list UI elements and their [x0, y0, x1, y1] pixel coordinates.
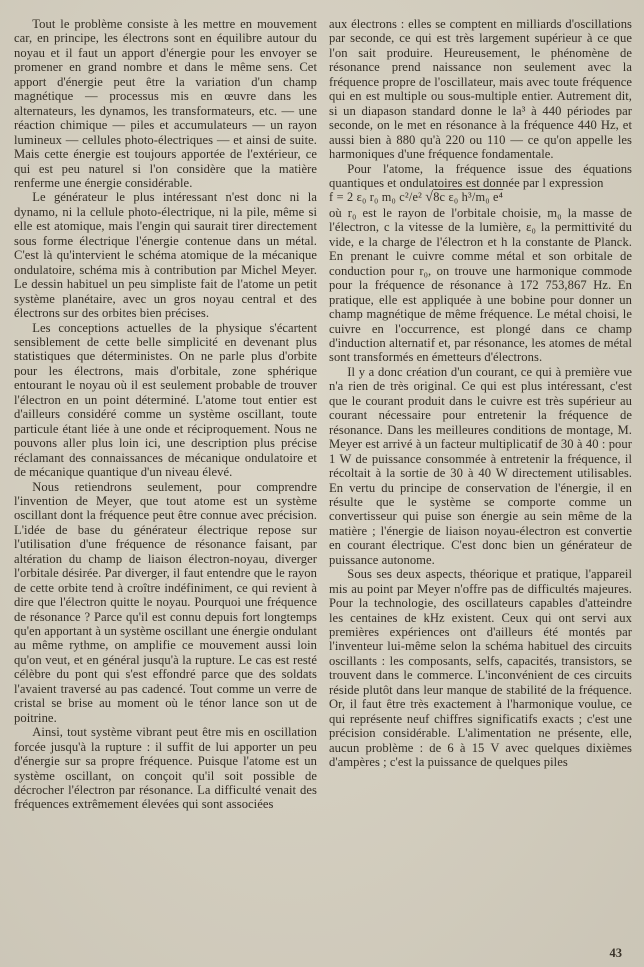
square-root-sign: √ [425, 190, 433, 205]
column-left: Tout le problème consiste à les mettre e… [14, 17, 317, 812]
paragraph: Il y a donc création d'un courant, ce qu… [329, 365, 632, 567]
paragraph: Le générateur le plus intéressant n'est … [14, 190, 317, 320]
paragraph: Pour l'atome, la fréquence issue des équ… [329, 162, 632, 191]
page-number: 43 [610, 946, 623, 961]
frequency-formula: f = 2 ε₀ r₀ m₀ c²/e² √8c ε₀ h³/m₀ e⁴ [329, 190, 632, 205]
paragraph: Tout le problème consiste à les mettre e… [14, 17, 317, 190]
scanned-document-page: Tout le problème consiste à les mettre e… [0, 0, 644, 967]
formula-radicand: 8c ε₀ h³/m₀ e⁴ [433, 190, 503, 204]
paragraph: Les conceptions actuelles de la physique… [14, 321, 317, 480]
paragraph: Nous retiendrons seulement, pour compren… [14, 480, 317, 726]
paragraph-continuation: aux électrons : elles se comptent en mil… [329, 17, 632, 162]
paragraph-after-formula: où r₀ est le rayon de l'orbitale choisie… [329, 206, 632, 365]
paragraph: Sous ses deux aspects, théorique et prat… [329, 567, 632, 769]
column-right: aux électrons : elles se comptent en mil… [329, 17, 632, 812]
two-column-layout: Tout le problème consiste à les mettre e… [14, 17, 632, 812]
paragraph: Ainsi, tout système vibrant peut être mi… [14, 725, 317, 812]
formula-lhs: f = 2 ε₀ r₀ m₀ c²/e² [329, 190, 422, 204]
